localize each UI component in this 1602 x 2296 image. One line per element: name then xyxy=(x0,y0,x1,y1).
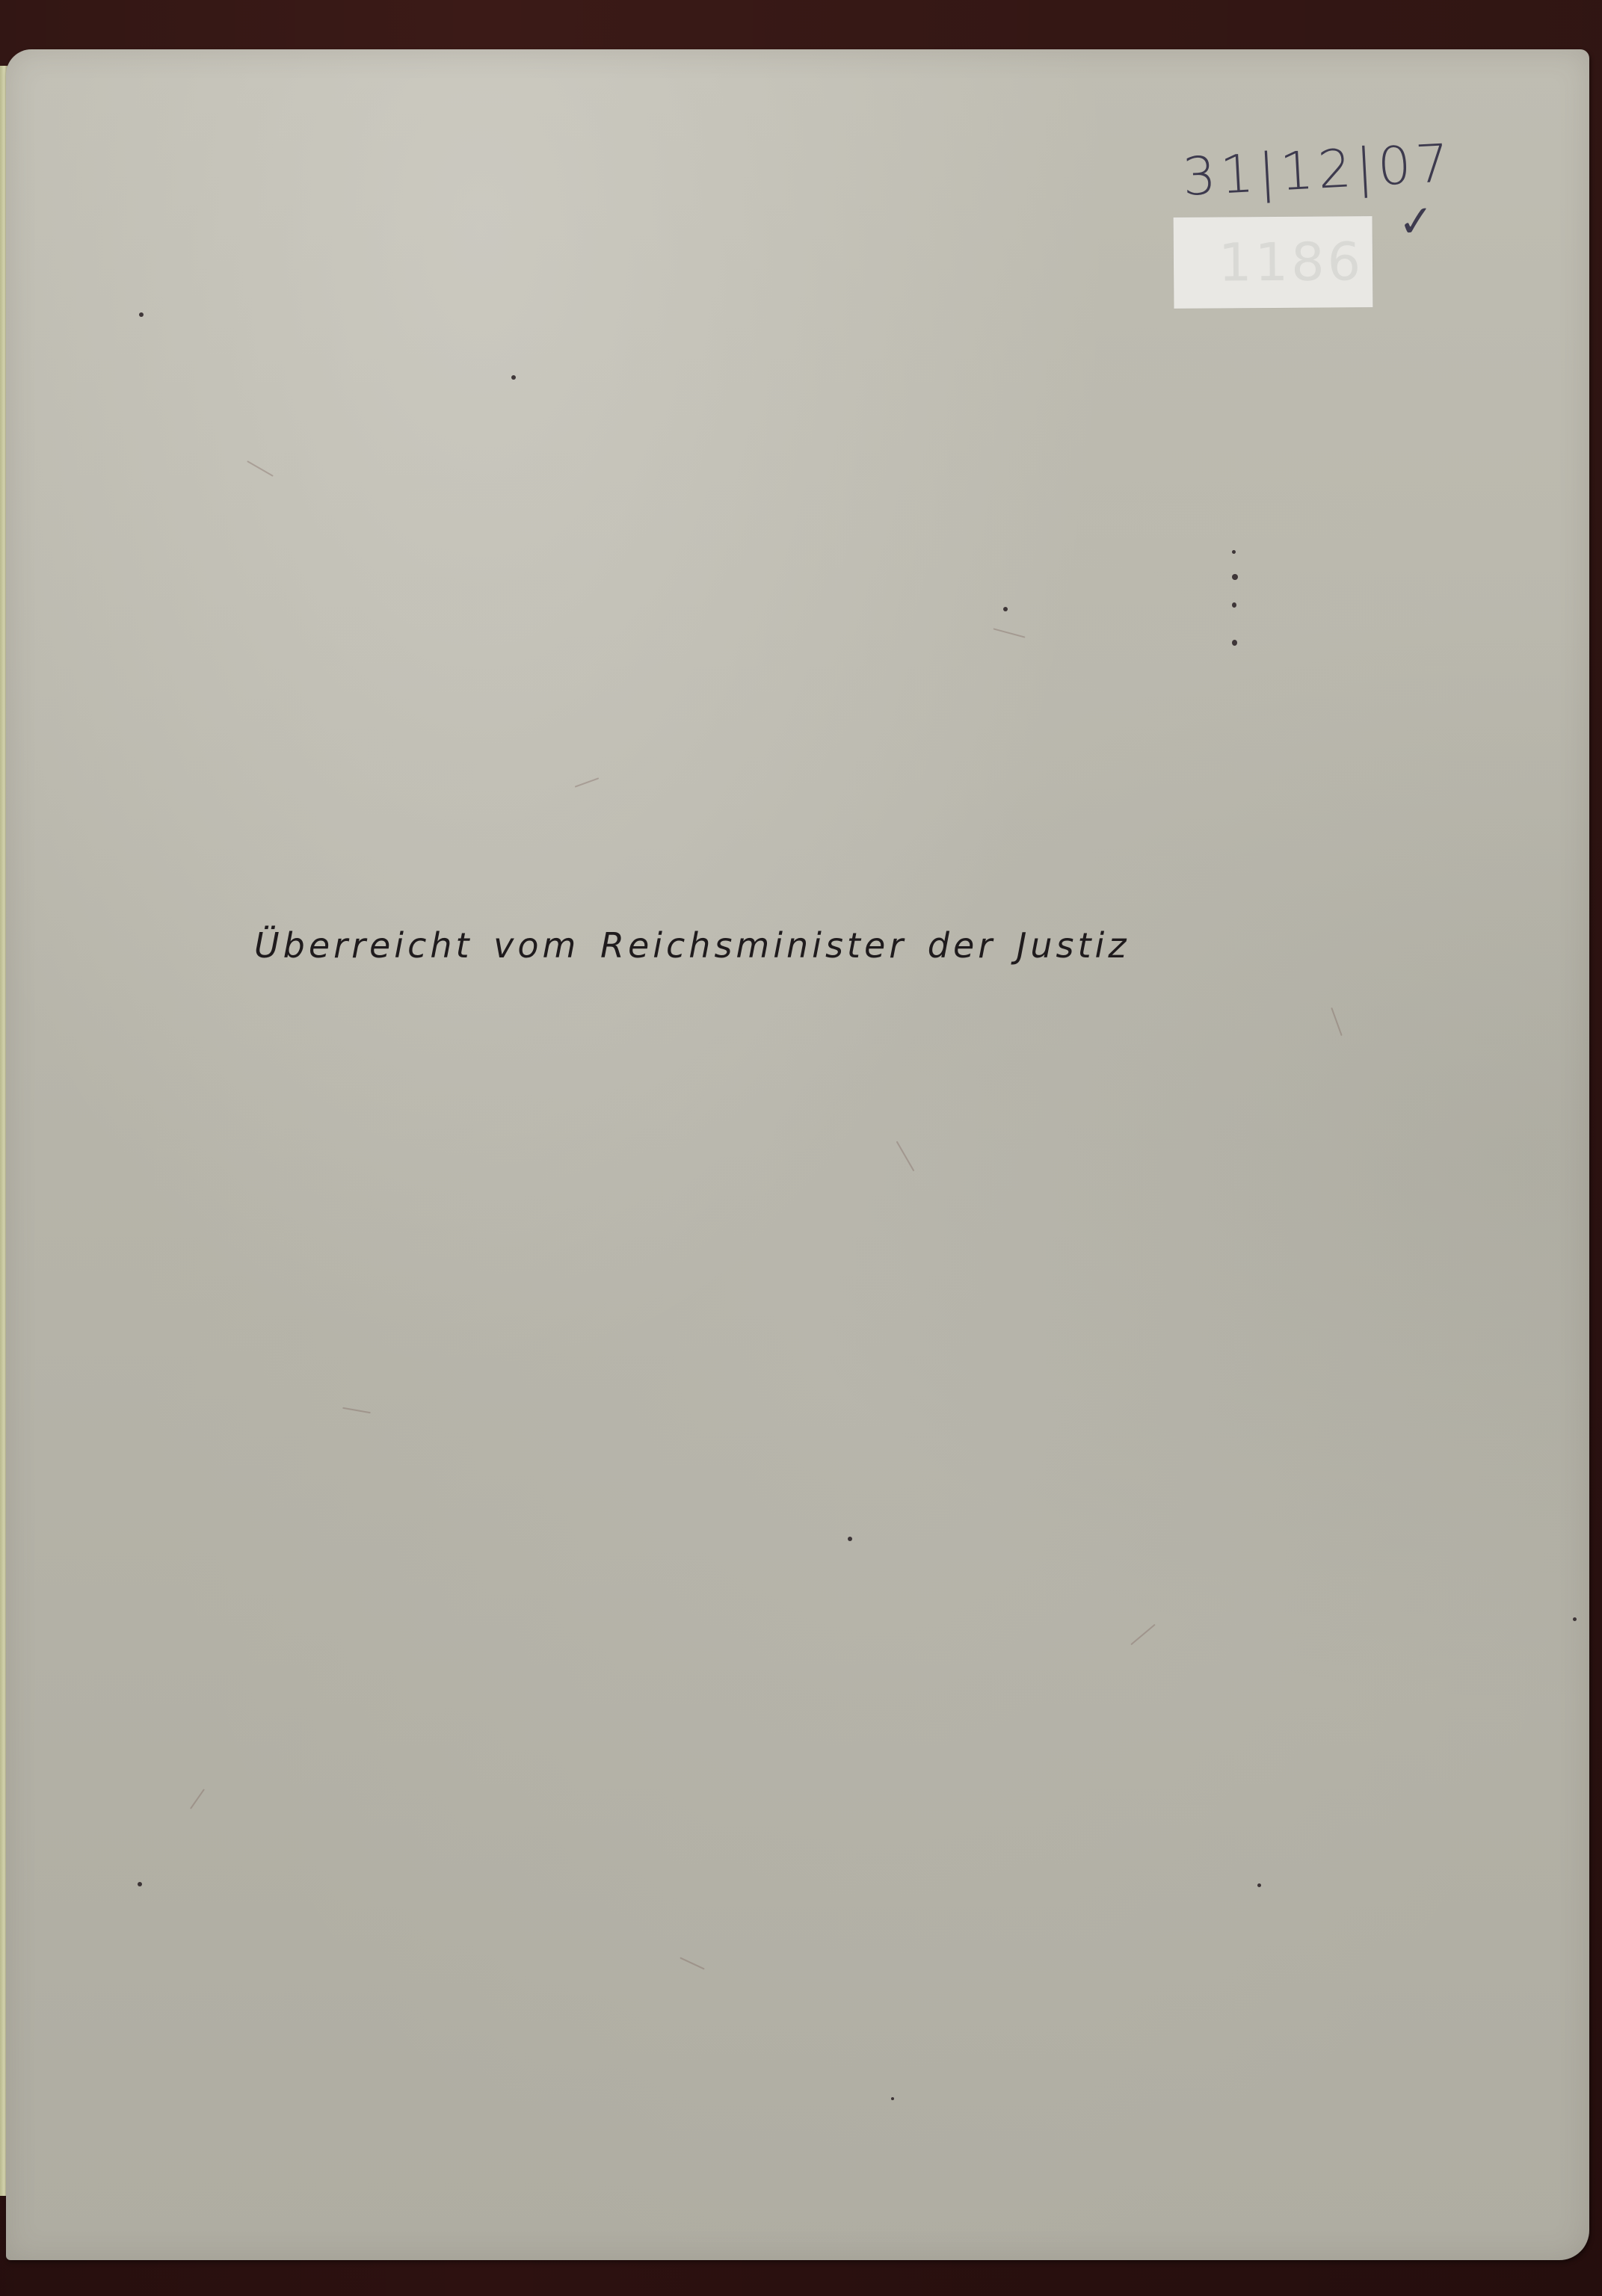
ink-speck xyxy=(1003,607,1008,611)
document-cover xyxy=(6,49,1589,2260)
sticker-faded-text: 1186 xyxy=(1219,231,1364,293)
ink-speck xyxy=(1232,602,1236,608)
check-mark-icon: ✓ xyxy=(1396,194,1436,247)
ink-speck xyxy=(1232,550,1236,554)
presented-by-text: Überreicht vom Reichsminister der Justiz xyxy=(254,925,1130,966)
ink-speck xyxy=(139,312,144,317)
paper-fiber xyxy=(993,628,1025,638)
ink-speck xyxy=(891,2097,894,2100)
ink-speck xyxy=(848,1537,852,1541)
paper-fiber xyxy=(1130,1624,1155,1646)
paper-fiber xyxy=(342,1407,371,1414)
label-sticker: 1186 xyxy=(1174,216,1373,309)
ink-speck xyxy=(1232,640,1237,646)
ink-speck xyxy=(511,375,516,380)
ink-speck xyxy=(1232,574,1238,580)
paper-fiber xyxy=(190,1789,205,1809)
paper-fiber xyxy=(680,1957,704,1969)
paper-fiber xyxy=(247,460,274,477)
paper-fiber xyxy=(896,1141,915,1172)
ink-speck xyxy=(1573,1617,1577,1621)
paper-fiber xyxy=(1331,1007,1343,1036)
paper-fiber xyxy=(575,777,600,788)
ink-speck xyxy=(138,1882,142,1886)
ink-speck xyxy=(1257,1883,1261,1887)
